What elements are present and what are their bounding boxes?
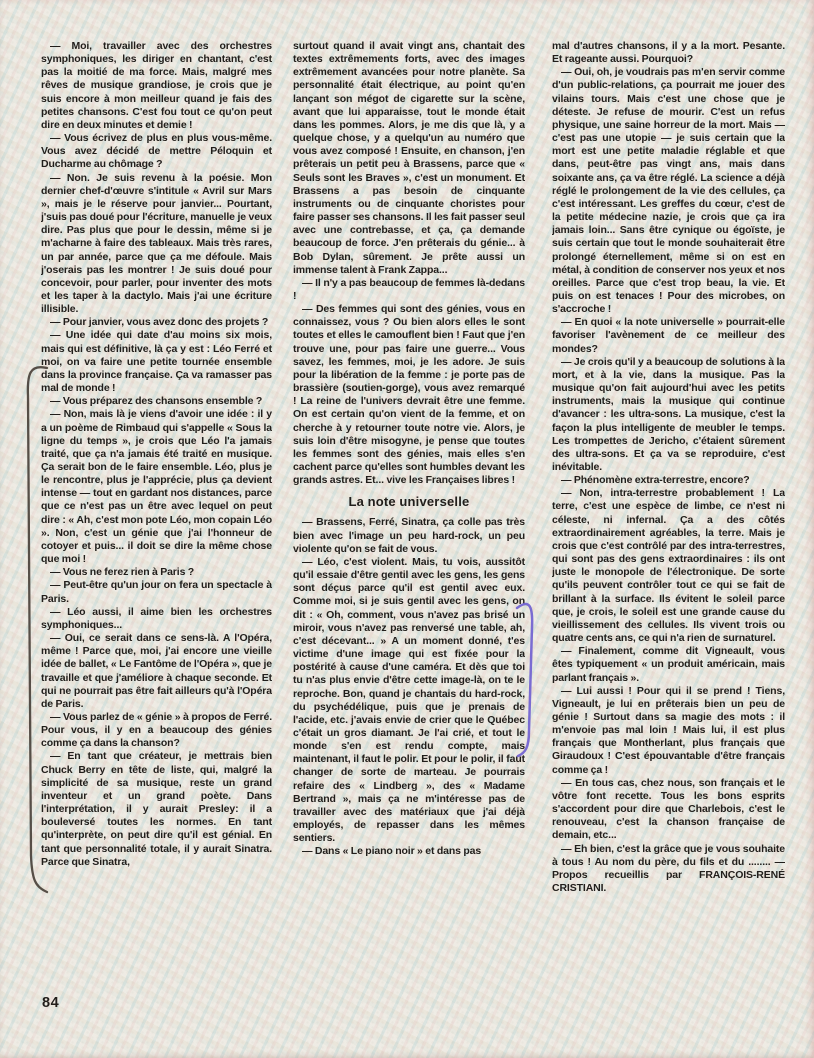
paragraph: — Non, intra-terrestre probablement ! La… bbox=[552, 487, 785, 645]
paragraph: — Non, mais là je viens d'avoir une idée… bbox=[41, 408, 272, 566]
magazine-page: — Moi, travailler avec des orchestres sy… bbox=[0, 0, 814, 1058]
paragraph: — Dans « Le piano noir » et dans pas bbox=[293, 845, 525, 858]
paragraph: mal d'autres chansons, il y a la mort. P… bbox=[552, 40, 785, 66]
paragraph: — Moi, travailler avec des orchestres sy… bbox=[41, 40, 272, 132]
paragraph: — Eh bien, c'est la grâce que je vous so… bbox=[552, 843, 785, 896]
column-2-lower-text: — Brassens, Ferré, Sinatra, ça colle pas… bbox=[293, 516, 525, 858]
paragraph: surtout quand il avait vingt ans, chanta… bbox=[293, 40, 525, 277]
section-heading: La note universelle bbox=[293, 495, 525, 508]
paragraph: — Vous écrivez de plus en plus vous-même… bbox=[41, 132, 272, 171]
paragraph: — Lui aussi ! Pour qui il se prend ! Tie… bbox=[552, 685, 785, 777]
paragraph: — Vous préparez des chansons ensemble ? bbox=[41, 395, 272, 408]
paragraph: — Léo aussi, il aime bien les orchestres… bbox=[41, 606, 272, 632]
paragraph: — En quoi « la note universelle » pourra… bbox=[552, 316, 785, 355]
paragraph: — Des femmes qui sont des génies, vous e… bbox=[293, 303, 525, 487]
paragraph: — Vous ne ferez rien à Paris ? bbox=[41, 566, 272, 579]
paragraph: — En tous cas, chez nous, son français e… bbox=[552, 777, 785, 843]
page-number: 84 bbox=[42, 995, 59, 1011]
paragraph: — Phénomène extra-terrestre, encore? bbox=[552, 474, 785, 487]
text-column-3: mal d'autres chansons, il y a la mort. P… bbox=[552, 40, 785, 1008]
paragraph: — Oui, ce serait dans ce sens-là. A l'Op… bbox=[41, 632, 272, 711]
paragraph: — Il n'y a pas beaucoup de femmes là-ded… bbox=[293, 277, 525, 303]
paragraph: — Finalement, comme dit Vigneault, vous … bbox=[552, 645, 785, 684]
paragraph: — Oui, oh, je voudrais pas m'en servir c… bbox=[552, 66, 785, 316]
paragraph: — Pour janvier, vous avez donc des proje… bbox=[41, 316, 272, 329]
column-2-upper-text: surtout quand il avait vingt ans, chanta… bbox=[293, 40, 525, 487]
paragraph: — Non. Je suis revenu à la poésie. Mon d… bbox=[41, 172, 272, 317]
paragraph: — Je crois qu'il y a beaucoup de solutio… bbox=[552, 356, 785, 474]
paragraph: — Peut-être qu'un jour on fera un specta… bbox=[41, 579, 272, 605]
paragraph: — Vous parlez de « génie » à propos de F… bbox=[41, 711, 272, 750]
paragraph: — Une idée qui date d'au moins six mois,… bbox=[41, 329, 272, 395]
text-column-2: surtout quand il avait vingt ans, chanta… bbox=[293, 40, 525, 1008]
text-column-1: — Moi, travailler avec des orchestres sy… bbox=[41, 40, 272, 992]
paragraph: — Brassens, Ferré, Sinatra, ça colle pas… bbox=[293, 516, 525, 555]
paragraph: — Léo, c'est violent. Mais, tu vois, aus… bbox=[293, 556, 525, 845]
paragraph: — En tant que créateur, je mettrais bien… bbox=[41, 750, 272, 868]
